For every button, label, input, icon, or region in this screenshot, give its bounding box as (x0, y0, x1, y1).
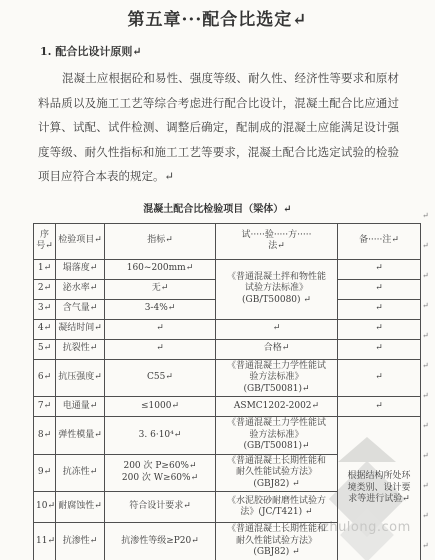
cell-method: ↵ (216, 319, 338, 339)
cell-method: 合格↵ (216, 339, 338, 359)
cell-item: 泌水率↵ (56, 279, 105, 299)
table-row: 5↵ 抗裂性↵ ↵ 合格↵ ↵ (34, 339, 421, 359)
table-row: 1↵ 塌落度↵ 160~200mm↵ 《普通混凝土拌和物性能 试验方法标准》 (… (34, 259, 421, 279)
cell-seq: 7↵ (34, 397, 56, 417)
paragraph-mark: ↵ (422, 332, 432, 340)
header-seq: 序 号↵ (34, 223, 56, 259)
paragraph-mark: ↵ (422, 392, 432, 400)
cell-method: 《普通混凝土长期性能和 耐久性能试验方法》 (GBJ82) ↵ (216, 454, 338, 492)
table-title: 混凝土配合比检验项目（梁体）↵ (0, 200, 435, 215)
paragraph-mark: ↵ (422, 272, 432, 280)
cell-remark: ↵ (338, 279, 421, 299)
paragraph-mark: ↵ (422, 542, 432, 550)
cell-seq: 8↵ (34, 417, 56, 455)
cell-remark: ↵ (338, 359, 421, 397)
header-remark: 备·····注↵ (338, 223, 421, 259)
cell-item: 抗冻性↵ (56, 454, 105, 492)
paragraph-mark: ↵ (422, 212, 432, 220)
cell-seq: 11↵ (34, 523, 56, 560)
cell-seq: 3↵ (34, 299, 56, 319)
header-indicator: 指标↵ (105, 223, 216, 259)
document-page: zhulong.com 第五章···配合比选定↵ 1. 配合比设计原则↵ 混凝土… (0, 0, 435, 560)
header-item: 检验项目↵ (56, 223, 105, 259)
paragraph-mark: ↵ (422, 482, 432, 490)
cell-remark: ↵ (338, 319, 421, 339)
cell-seq: 10↵ (34, 492, 56, 523)
cell-indicator: ↵ (105, 319, 216, 339)
cell-seq: 6↵ (34, 359, 56, 397)
inspection-items-table: 序 号↵ 检验项目↵ 指标↵ 试·····验·····方····· 法↵ 备··… (33, 223, 421, 560)
section-heading: 1. 配合比设计原则↵ (40, 43, 435, 59)
table-row: 4↵ 凝结时间↵ ↵ ↵ ↵ (34, 319, 421, 339)
cell-indicator: 符合设计要求↵ (105, 492, 216, 523)
body-paragraph: 混凝土应根据砼和易性、强度等级、耐久性、经济性等要求和原材料品质以及施工工艺等综… (38, 66, 399, 189)
cell-method: 《普通混凝土长期性能和 耐久性能试验方法》 (GBJ82) ↵ (216, 523, 338, 560)
paragraph-marks-column: ↵ ↵ ↵ ↵ ↵ ↵ ↵ ↵ ↵ ↵ ↵ ↵ (422, 212, 432, 550)
paragraph-mark: ↵ (422, 422, 432, 430)
cell-indicator: ≤1000↵ (105, 397, 216, 417)
cell-remark: ↵ (338, 397, 421, 417)
paragraph-mark: ↵ (422, 302, 432, 310)
document-content: 第五章···配合比选定↵ 1. 配合比设计原则↵ 混凝土应根据砼和易性、强度等级… (0, 0, 435, 560)
cell-item: 塌落度↵ (56, 259, 105, 279)
cell-item: 电通量↵ (56, 397, 105, 417)
cell-item: 凝结时间↵ (56, 319, 105, 339)
cell-item: 耐腐蚀性↵ (56, 492, 105, 523)
cell-indicator: 无↵ (105, 279, 216, 299)
cell-indicator: 200 次 P≥60%↵ 200 次 W≥60%↵ (105, 454, 216, 492)
cell-indicator: 160~200mm↵ (105, 259, 216, 279)
paragraph-mark: ↵ (422, 512, 432, 520)
cell-seq: 9↵ (34, 454, 56, 492)
cell-indicator: ↵ (105, 339, 216, 359)
cell-indicator: 抗渗性等级≥P20↵ (105, 523, 216, 560)
cell-seq: 4↵ (34, 319, 56, 339)
cell-seq: 1↵ (34, 259, 56, 279)
cell-seq: 2↵ (34, 279, 56, 299)
cell-method: 《水泥胶砂耐磨性试验方 法》(JC/T421) ↵ (216, 492, 338, 523)
cell-remark: ↵ (338, 259, 421, 279)
cell-method: 《普通混凝土力学性能试 验方法标准》(GB/T50081)↵ (216, 359, 338, 397)
paragraph-mark: ↵ (422, 362, 432, 370)
cell-indicator: C55↵ (105, 359, 216, 397)
paragraph-mark: ↵ (422, 242, 432, 250)
cell-item: 含气量↵ (56, 299, 105, 319)
chapter-title: 第五章···配合比选定↵ (0, 0, 435, 30)
cell-seq: 5↵ (34, 339, 56, 359)
header-method: 试·····验·····方····· 法↵ (216, 223, 338, 259)
cell-remark: ↵ (338, 339, 421, 359)
cell-indicator: 3-4%↵ (105, 299, 216, 319)
cell-item: 弹性模量↵ (56, 417, 105, 455)
table-row: 6↵ 抗压强度↵ C55↵ 《普通混凝土力学性能试 验方法标准》(GB/T500… (34, 359, 421, 397)
cell-item: 抗裂性↵ (56, 339, 105, 359)
cell-indicator: 3. 6·10⁴↵ (105, 417, 216, 455)
table-row: 8↵ 弹性模量↵ 3. 6·10⁴↵ 《普通混凝土力学性能试 验方法标准》(GB… (34, 417, 421, 455)
table-header-row: 序 号↵ 检验项目↵ 指标↵ 试·····验·····方····· 法↵ 备··… (34, 223, 421, 259)
cell-method-merged: 《普通混凝土拌和物性能 试验方法标准》 (GB/T50080) ↵ (216, 259, 338, 319)
cell-item: 抗压强度↵ (56, 359, 105, 397)
table-row: 7↵ 电通量↵ ≤1000↵ ASMC1202-2002↵ ↵ (34, 397, 421, 417)
cell-remark-merged: 根据结构所处环 境类别、设计要 求等进行试验↵ (338, 417, 421, 560)
cell-remark: ↵ (338, 299, 421, 319)
cell-item: 抗渗性↵ (56, 523, 105, 560)
paragraph-mark: ↵ (422, 452, 432, 460)
cell-method: 《普通混凝土力学性能试 验方法标准》(GB/T50081)↵ (216, 417, 338, 455)
cell-method: ASMC1202-2002↵ (216, 397, 338, 417)
